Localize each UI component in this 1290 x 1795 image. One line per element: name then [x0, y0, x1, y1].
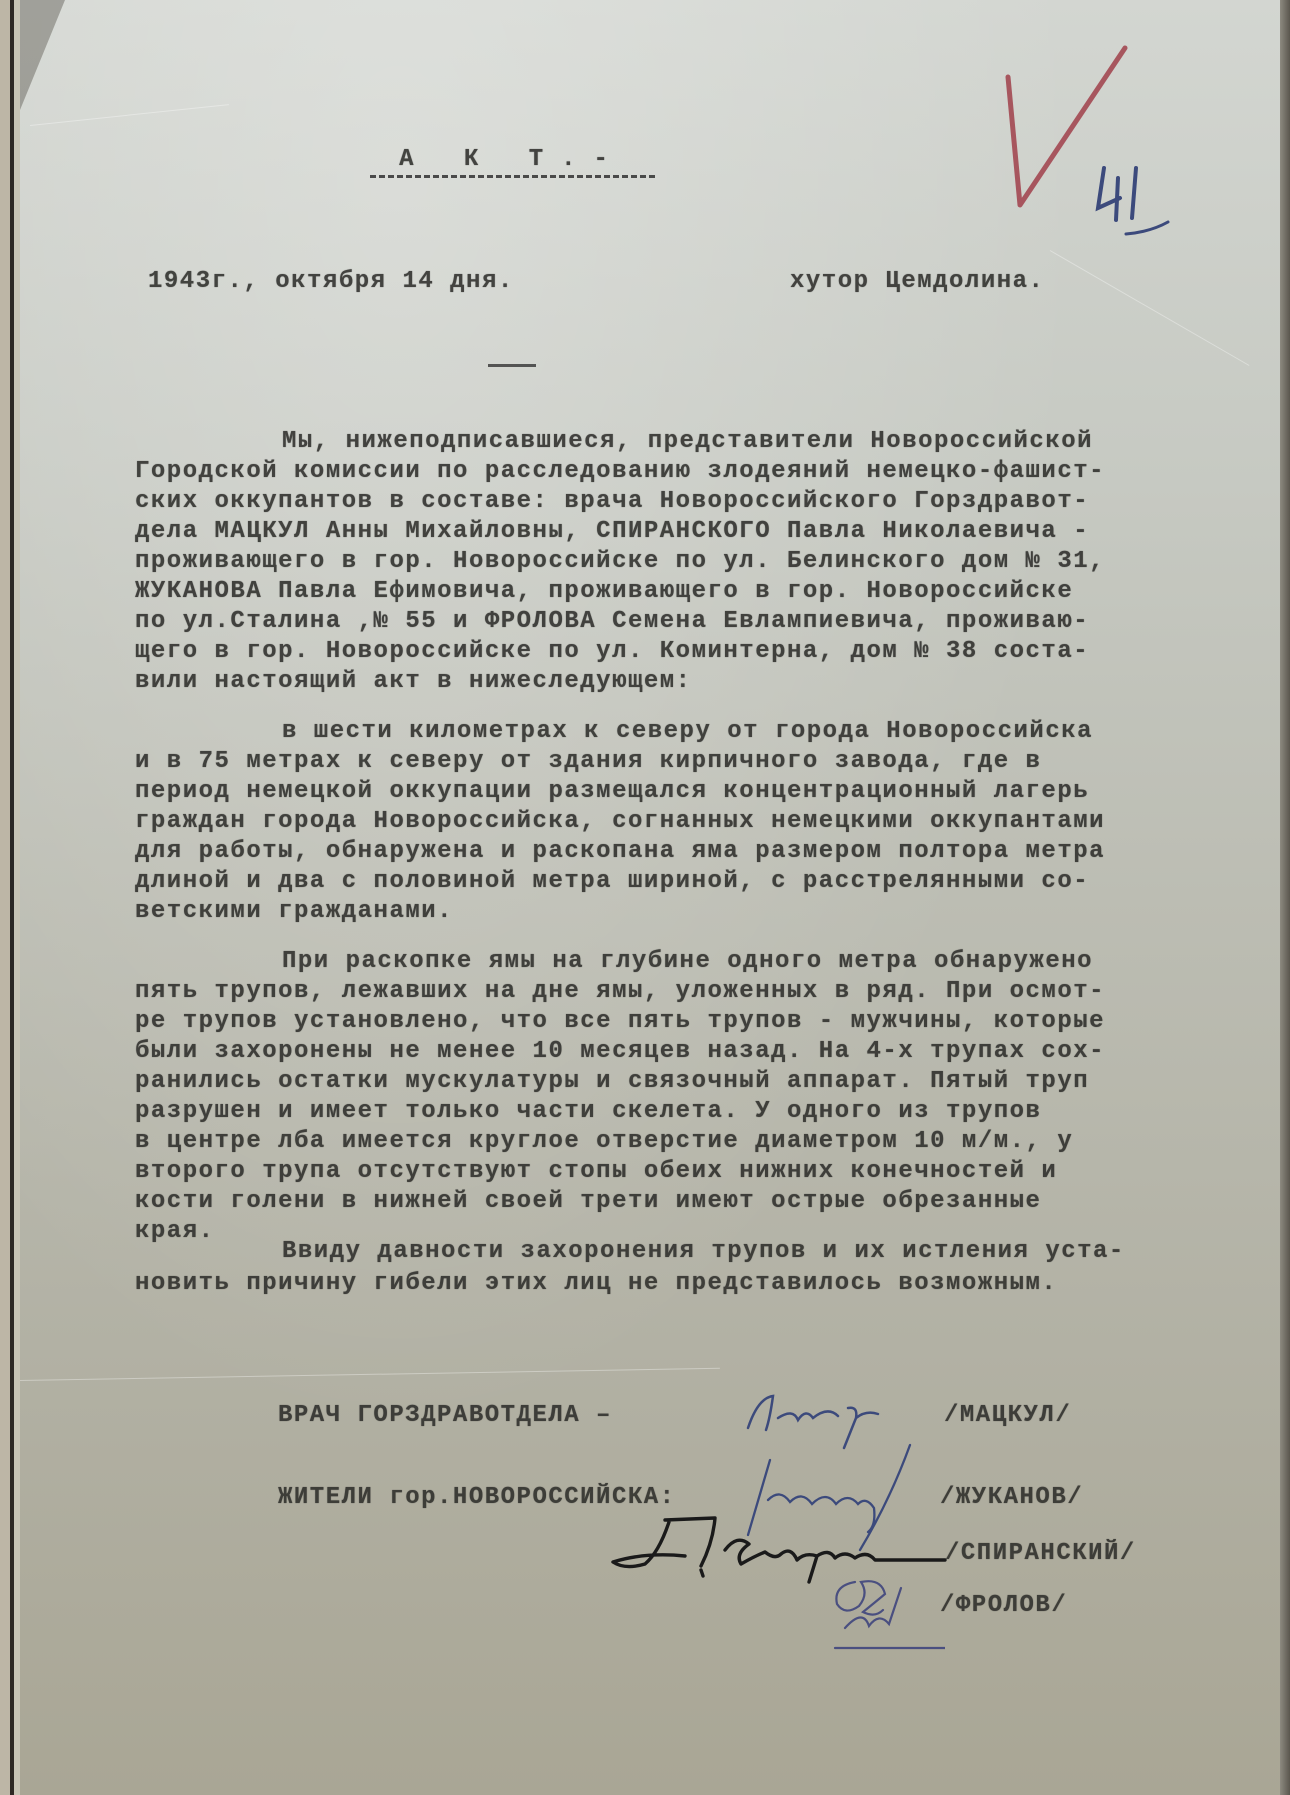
doctor-name: /МАЦКУЛ/: [944, 1402, 1071, 1429]
text-line: длиной и два с половиной метра шириной, …: [135, 868, 1089, 895]
resident-2-name: /СПИРАНСКИЙ/: [945, 1540, 1136, 1567]
text-line: разрушен и имеет только части скелета. У…: [135, 1098, 1041, 1125]
text-line: в центре лба имеется круглое отверстие д…: [135, 1128, 1073, 1155]
text-line: ских оккупантов в составе: врача Новорос…: [135, 488, 1089, 515]
text-line: ЖУКАНОВА Павла Ефимовича, проживающего в…: [135, 578, 1073, 605]
text-line: ветскими гражданами.: [135, 898, 453, 925]
text-line: проживающего в гор. Новороссийске по ул.…: [135, 548, 1105, 575]
text-line: дела МАЦКУЛ Анны Михайловны, СПИРАНСКОГО…: [135, 518, 1089, 545]
text-line: кости голени в нижней своей трети имеют …: [135, 1188, 1041, 1215]
separator-dash: [488, 364, 536, 367]
text-line: новить причину гибели этих лиц не предст…: [135, 1270, 1057, 1297]
binder-edge-right: [1280, 0, 1290, 1795]
text-line: граждан города Новороссийска, согнанных …: [135, 808, 1105, 835]
text-line: Мы, нижеподписавшиеся, представители Нов…: [282, 428, 1093, 455]
text-line: Ввиду давности захоронения трупов и их и…: [282, 1238, 1125, 1265]
torn-corner: [20, 0, 65, 110]
text-line: вили настоящий акт в нижеследующем:: [135, 668, 692, 695]
archive-page-number-icon: [1090, 150, 1180, 240]
doctor-signature-label: ВРАЧ ГОРЗДРАВОТДЕЛА –: [278, 1402, 612, 1429]
text-line: края.: [135, 1218, 215, 1245]
text-line: ре трупов установлено, что все пять труп…: [135, 1008, 1105, 1035]
text-line: были захоронены не менее 10 месяцев наза…: [135, 1038, 1105, 1065]
handwritten-signature-frolov-icon: [815, 1568, 945, 1653]
text-line: для работы, обнаружена и раскопана яма р…: [135, 838, 1105, 865]
text-line: по ул.Сталина ,№ 55 и ФРОЛОВА Семена Евл…: [135, 608, 1089, 635]
document-place: хутор Цемдолина.: [790, 268, 1044, 295]
document-date: 1943г., октября 14 дня.: [148, 268, 514, 295]
residents-signature-label: ЖИТЕЛИ гор.НОВОРОССИЙСКА:: [278, 1484, 676, 1511]
text-line: Городской комиссии по расследованию злод…: [135, 458, 1105, 485]
text-line: и в 75 метрах к северу от здания кирпичн…: [135, 748, 1041, 775]
resident-3-name: /ФРОЛОВ/: [940, 1592, 1067, 1619]
binder-edge-left: [0, 0, 22, 1795]
text-line: второго трупа отсутствуют стопы обеих ни…: [135, 1158, 1057, 1185]
text-line: пять трупов, лежавших на дне ямы, уложен…: [135, 978, 1105, 1005]
text-line: При раскопке ямы на глубине одного метра…: [282, 948, 1093, 975]
text-line: ранились остатки мускулатуры и связочный…: [135, 1068, 1089, 1095]
text-line: щего в гор. Новороссийске по ул. Коминте…: [135, 638, 1089, 665]
document-title: А К Т.-: [370, 146, 655, 178]
text-line: в шести километрах к северу от города Но…: [282, 718, 1093, 745]
text-line: период немецкой оккупации размещался кон…: [135, 778, 1089, 805]
resident-1-name: /ЖУКАНОВ/: [940, 1484, 1083, 1511]
